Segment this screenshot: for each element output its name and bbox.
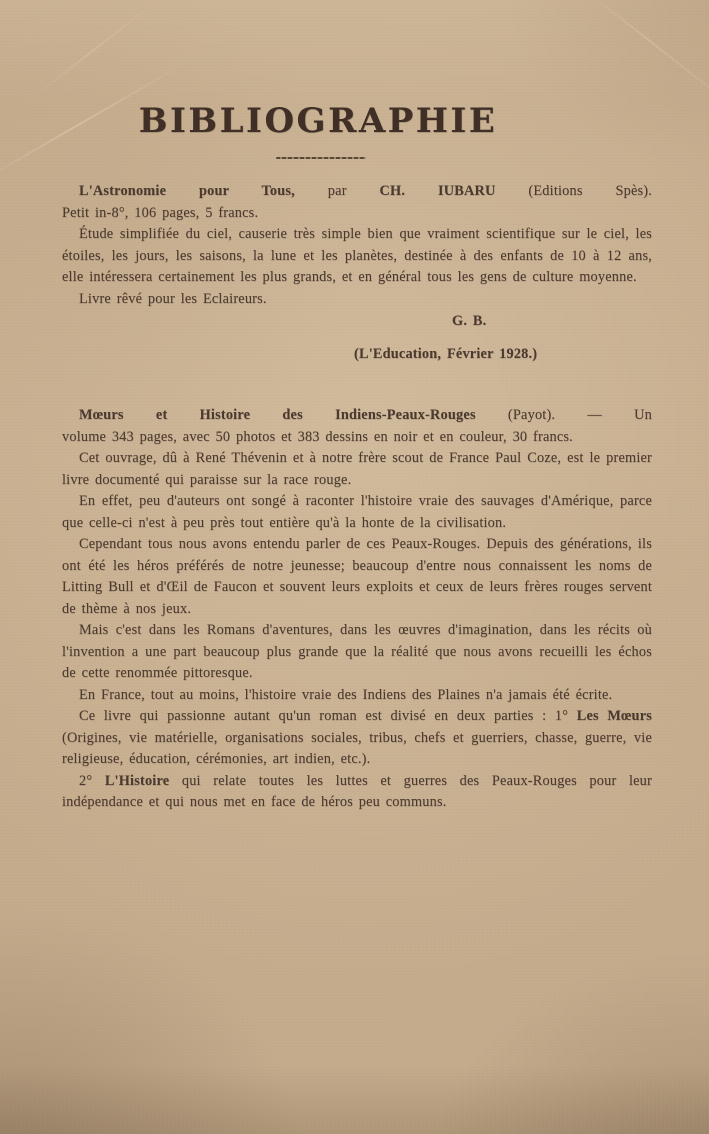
paragraph: Cet ouvrage, dû à René Thévenin et à not…	[62, 448, 652, 491]
paragraph: Cependant tous nous avons entendu parler…	[62, 534, 652, 620]
paragraph: En effet, peu d'auteurs ont songé à raco…	[62, 491, 652, 534]
paragraph: Ce livre qui passionne autant qu'un roma…	[62, 706, 652, 771]
scanned-book-page: BIBLIOGRAPHIE L'Astronomie pour Tous, pa…	[0, 0, 709, 1134]
paragraph: 2° L'Histoire qui relate toutes les lutt…	[62, 771, 652, 814]
title-rule	[276, 157, 366, 159]
text-column: L'Astronomie pour Tous, par CH. IUBARU (…	[62, 181, 652, 814]
entry-indiens-peaux-rouges: Mœurs et Histoire des Indiens-Peaux-Roug…	[62, 405, 652, 814]
paper-crease	[581, 0, 709, 111]
entry-astronomie: L'Astronomie pour Tous, par CH. IUBARU (…	[62, 181, 652, 365]
paragraph: Livre rêvé pour les Eclaireurs.	[62, 289, 652, 311]
paragraph-text: (Origines, vie matérielle, organisations…	[62, 730, 652, 768]
entry-lead-line: Mœurs et Histoire des Indiens-Peaux-Roug…	[62, 405, 652, 427]
book-title: L'Astronomie pour Tous,	[79, 183, 295, 199]
source-citation: (L'Education, Février 1928.)	[62, 344, 652, 366]
book-author: CH. IUBARU	[380, 183, 496, 199]
paragraph: Étude simplifiée du ciel, causerie très …	[62, 224, 652, 289]
part-title: Les Mœurs	[577, 708, 652, 724]
paragraph-text: 2°	[79, 773, 105, 789]
paragraph-text: Ce livre qui passionne autant qu'un roma…	[79, 708, 577, 724]
publisher: (Editions Spès).	[496, 183, 652, 199]
paragraph: Mais c'est dans les Romans d'aventures, …	[62, 620, 652, 685]
entry-lead-continuation: volume 343 pages, avec 50 photos et 383 …	[62, 427, 652, 449]
reviewer-initials: G. B.	[62, 311, 652, 333]
book-title: Mœurs et Histoire des Indiens-Peaux-Roug…	[79, 407, 476, 423]
paper-crease	[35, 2, 154, 96]
lead-connector: par	[295, 183, 380, 199]
publisher: (Payot). — Un	[476, 407, 652, 423]
entry-lead-line: L'Astronomie pour Tous, par CH. IUBARU (…	[62, 181, 652, 203]
part-title: L'Histoire	[105, 773, 169, 789]
entry-lead-continuation: Petit in-8°, 106 pages, 5 francs.	[62, 203, 652, 225]
page-title: BIBLIOGRAPHIE	[0, 104, 636, 138]
paragraph: En France, tout au moins, l'histoire vra…	[62, 685, 652, 707]
